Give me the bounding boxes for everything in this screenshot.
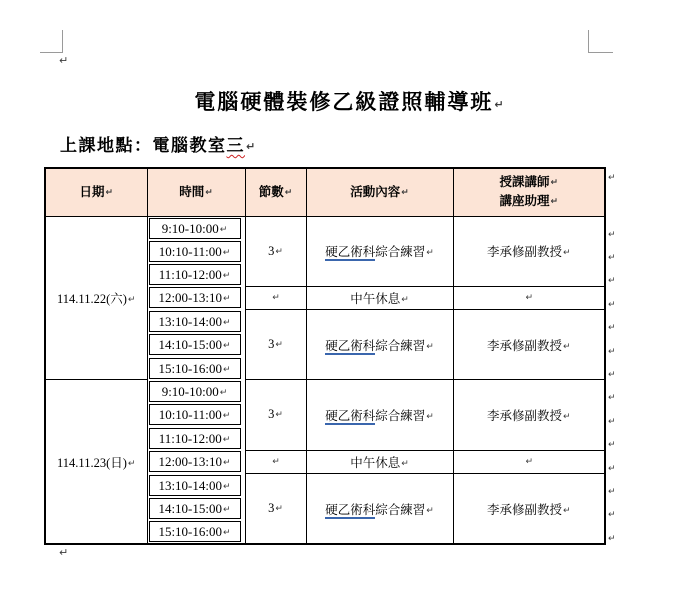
lunch-activity-cell: 中午休息↵: [306, 450, 453, 473]
instructor-text: 李承修副教授: [487, 339, 562, 353]
lunch-activity-cell: 中午休息↵: [306, 286, 453, 309]
time-text: 12:00-13:10: [158, 454, 222, 469]
row-end-marks-rail: ↵ ↵ ↵ ↵ ↵ ↵ ↵ ↵ ↵ ↵ ↵ ↵ ↵ ↵ ↵: [607, 167, 616, 550]
header-cell-instructor: 授課講師↵ 講座助理↵: [453, 168, 605, 216]
margin-corner-icon-top-left: [40, 30, 63, 53]
time-cell: 11:10-12:00↵: [147, 427, 245, 450]
header-activity-text: 活動內容: [350, 185, 400, 199]
periods-cell: 3↵: [245, 473, 306, 544]
location-line: 上課地點：電腦教室三↵: [60, 131, 257, 156]
pilcrow-mark: ↵: [223, 341, 231, 351]
time-cell: 11:10-12:00↵: [147, 263, 245, 286]
table-header-row: 日期↵ 時間↵ 節數↵ 活動內容↵ 授課講師↵ 講座助理↵: [45, 168, 605, 216]
date-text: 114.11.23(日): [57, 456, 127, 470]
pilcrow-mark: ↵: [275, 247, 283, 257]
time-cell: 15:10-16:00↵: [147, 356, 245, 379]
time-box: 12:00-13:10↵: [149, 287, 241, 308]
pilcrow-mark: ↵: [608, 300, 616, 310]
document-title-text: 電腦硬體裝修乙級證照輔導班: [194, 90, 493, 114]
instructor-cell: 李承修副教授↵: [453, 473, 605, 544]
document-page: ↵ 電腦硬體裝修乙級證照輔導班↵ 上課地點：電腦教室三↵ 日期↵ 時間↵ 節數↵…: [0, 0, 700, 613]
table-row: 114.11.23(日)↵ 9:10-10:00↵ 3↵ 硬乙術科綜合練習↵ 李…: [45, 380, 605, 403]
pilcrow-mark: ↵: [608, 393, 616, 403]
time-cell: 9:10-10:00↵: [147, 216, 245, 240]
time-cell: 12:00-13:10↵: [147, 450, 245, 473]
lunch-activity-text: 中午休息: [350, 292, 400, 306]
header-periods-text: 節數: [259, 185, 284, 199]
date-cell: 114.11.23(日)↵: [45, 380, 147, 544]
pilcrow-mark: ↵: [608, 230, 616, 240]
header-instructor-line2: 講座助理↵: [454, 192, 605, 211]
periods-cell: 3↵: [245, 380, 306, 450]
header-instructor-text1: 授課講師: [499, 175, 549, 189]
row-end-mark: ↵: [607, 363, 616, 386]
time-cell: 14:10-15:00↵: [147, 333, 245, 356]
pilcrow-mark: ↵: [223, 435, 231, 445]
pilcrow-mark: ↵: [223, 411, 231, 421]
row-end-mark: ↵: [607, 504, 616, 527]
schedule-table-wrapper: 日期↵ 時間↵ 節數↵ 活動內容↵ 授課講師↵ 講座助理↵ 114.11.22(…: [44, 167, 606, 545]
pilcrow-mark: ↵: [105, 188, 113, 198]
time-text: 10:10-11:00: [159, 407, 222, 422]
pilcrow-mark: ↵: [223, 365, 231, 375]
pilcrow-mark: ↵: [426, 248, 434, 258]
pilcrow-mark: ↵: [285, 188, 293, 198]
pilcrow-mark: ↵: [608, 347, 616, 357]
periods-text: 3: [268, 407, 274, 421]
pilcrow-mark: ↵: [608, 370, 616, 380]
pilcrow-mark: ↵: [275, 340, 283, 350]
time-text: 14:10-15:00: [158, 337, 222, 352]
time-box: 13:10-14:00↵: [149, 475, 241, 496]
activity-rest-text: 綜合練習: [375, 339, 425, 353]
periods-text: 3: [268, 501, 274, 515]
pilcrow-mark: ↵: [220, 225, 228, 235]
time-text: 13:10-14:00: [158, 314, 222, 329]
location-flagged-text: 三: [227, 136, 246, 155]
activity-rest-text: 綜合練習: [375, 245, 425, 259]
time-box: 10:10-11:00↵: [149, 404, 241, 425]
row-end-mark: ↵: [607, 293, 616, 316]
time-text: 14:10-15:00: [158, 501, 222, 516]
pilcrow-mark: ↵: [128, 459, 136, 469]
margin-corner-icon-top-right: [588, 30, 613, 53]
location-value: 電腦教室: [153, 136, 227, 155]
pilcrow-mark: ↵: [59, 546, 68, 559]
time-text: 11:10-12:00: [159, 431, 222, 446]
time-text: 12:00-13:10: [158, 290, 222, 305]
time-cell: 9:10-10:00↵: [147, 380, 245, 403]
pilcrow-mark: ↵: [608, 323, 616, 333]
time-box: 9:10-10:00↵: [149, 218, 241, 239]
time-cell: 12:00-13:10↵: [147, 286, 245, 309]
header-instructor-line1: 授課講師↵: [454, 173, 605, 192]
time-text: 15:10-16:00: [158, 524, 222, 539]
row-end-mark: ↵: [607, 410, 616, 433]
time-text: 9:10-10:00: [162, 221, 219, 236]
table-row: 114.11.22(六)↵ 9:10-10:00↵ 3↵ 硬乙術科綜合練習↵ 李…: [45, 216, 605, 240]
pilcrow-mark: ↵: [550, 178, 558, 188]
pilcrow-mark: ↵: [205, 188, 213, 198]
time-cell: 14:10-15:00↵: [147, 497, 245, 520]
pilcrow-mark: ↵: [59, 54, 68, 67]
time-cell: 13:10-14:00↵: [147, 310, 245, 333]
header-cell-activity: 活動內容↵: [306, 168, 453, 216]
pilcrow-mark: ↵: [220, 388, 228, 398]
pilcrow-mark: ↵: [401, 295, 409, 305]
activity-flagged-text: 硬乙術科: [325, 339, 375, 355]
time-box: 12:00-13:10↵: [149, 451, 241, 472]
pilcrow-mark: ↵: [608, 464, 616, 474]
header-cell-periods: 節數↵: [245, 168, 306, 216]
row-end-mark: ↵: [607, 387, 616, 410]
time-box: 14:10-15:00↵: [149, 334, 241, 355]
time-cell: 15:10-16:00↵: [147, 520, 245, 544]
periods-empty-cell: ↵: [245, 286, 306, 309]
time-cell: 10:10-11:00↵: [147, 403, 245, 426]
periods-empty-cell: ↵: [245, 450, 306, 473]
row-end-mark: ↵: [607, 340, 616, 363]
pilcrow-mark: ↵: [223, 248, 231, 258]
document-title: 電腦硬體裝修乙級證照輔導班↵: [0, 86, 700, 116]
activity-cell: 硬乙術科綜合練習↵: [306, 310, 453, 380]
instructor-empty-cell: ↵: [453, 286, 605, 309]
time-box: 11:10-12:00↵: [149, 264, 241, 285]
time-text: 10:10-11:00: [159, 244, 222, 259]
time-box: 13:10-14:00↵: [149, 311, 241, 332]
time-box: 11:10-12:00↵: [149, 428, 241, 449]
pilcrow-mark: ↵: [563, 506, 571, 516]
pilcrow-mark: ↵: [426, 412, 434, 422]
row-end-mark: ↵: [607, 270, 616, 293]
activity-rest-text: 綜合練習: [375, 409, 425, 423]
header-time-text: 時間: [179, 185, 204, 199]
pilcrow-mark: ↵: [550, 197, 558, 207]
date-text: 114.11.22(六): [57, 292, 127, 306]
pilcrow-mark: ↵: [272, 293, 280, 303]
instructor-text: 李承修副教授: [487, 503, 562, 517]
pilcrow-mark: ↵: [275, 410, 283, 420]
periods-text: 3: [268, 337, 274, 351]
pilcrow-mark: ↵: [608, 276, 616, 286]
time-text: 11:10-12:00: [159, 267, 222, 282]
pilcrow-mark: ↵: [275, 504, 283, 514]
activity-flagged-text: 硬乙術科: [325, 409, 375, 425]
pilcrow-mark: ↵: [608, 487, 616, 497]
row-end-mark: ↵: [607, 317, 616, 340]
instructor-text: 李承修副教授: [487, 245, 562, 259]
instructor-cell: 李承修副教授↵: [453, 310, 605, 380]
row-end-mark: ↵: [607, 167, 616, 223]
pilcrow-mark: ↵: [401, 188, 409, 198]
periods-cell: 3↵: [245, 216, 306, 286]
row-end-mark: ↵: [607, 246, 616, 269]
pilcrow-mark: ↵: [223, 528, 231, 538]
pilcrow-mark: ↵: [608, 534, 616, 544]
pilcrow-mark: ↵: [608, 253, 616, 263]
pilcrow-mark: ↵: [608, 417, 616, 427]
time-text: 13:10-14:00: [158, 478, 222, 493]
pilcrow-mark: ↵: [608, 510, 616, 520]
activity-cell: 硬乙術科綜合練習↵: [306, 380, 453, 450]
activity-cell: 硬乙術科綜合練習↵: [306, 216, 453, 286]
header-cell-time: 時間↵: [147, 168, 245, 216]
pilcrow-mark: ↵: [563, 342, 571, 352]
lunch-activity-text: 中午休息: [350, 456, 400, 470]
pilcrow-mark: ↵: [272, 457, 280, 467]
time-box: 9:10-10:00↵: [149, 381, 241, 402]
pilcrow-mark: ↵: [608, 440, 616, 450]
location-label: 上課地點：: [60, 136, 153, 155]
pilcrow-mark: ↵: [401, 459, 409, 469]
pilcrow-mark: ↵: [563, 248, 571, 258]
instructor-text: 李承修副教授: [487, 409, 562, 423]
time-box: 15:10-16:00↵: [149, 358, 241, 379]
instructor-cell: 李承修副教授↵: [453, 380, 605, 450]
time-box: 14:10-15:00↵: [149, 498, 241, 519]
pilcrow-mark: ↵: [426, 506, 434, 516]
row-end-mark: ↵: [607, 480, 616, 503]
time-box: 15:10-16:00↵: [149, 521, 241, 542]
pilcrow-mark: ↵: [223, 271, 231, 281]
pilcrow-mark: ↵: [246, 140, 257, 153]
activity-flagged-text: 硬乙術科: [325, 503, 375, 519]
time-cell: 13:10-14:00↵: [147, 473, 245, 496]
pilcrow-mark: ↵: [563, 412, 571, 422]
pilcrow-mark: ↵: [223, 458, 231, 468]
header-instructor-text2: 講座助理: [499, 194, 549, 208]
periods-text: 3: [268, 244, 274, 258]
pilcrow-mark: ↵: [223, 482, 231, 492]
header-cell-date: 日期↵: [45, 168, 147, 216]
row-end-mark: ↵: [607, 223, 616, 246]
periods-cell: 3↵: [245, 310, 306, 380]
pilcrow-mark: ↵: [608, 173, 616, 183]
pilcrow-mark: ↵: [223, 318, 231, 328]
instructor-cell: 李承修副教授↵: [453, 216, 605, 286]
instructor-empty-cell: ↵: [453, 450, 605, 473]
row-end-mark: ↵: [607, 457, 616, 480]
pilcrow-mark: ↵: [525, 457, 533, 467]
time-box: 10:10-11:00↵: [149, 241, 241, 262]
row-end-mark: ↵: [607, 527, 616, 550]
time-text: 9:10-10:00: [162, 384, 219, 399]
pilcrow-mark: ↵: [525, 293, 533, 303]
row-end-mark: ↵: [607, 434, 616, 457]
date-cell: 114.11.22(六)↵: [45, 216, 147, 380]
pilcrow-mark: ↵: [223, 505, 231, 515]
pilcrow-mark: ↵: [223, 294, 231, 304]
pilcrow-mark: ↵: [494, 98, 505, 111]
activity-flagged-text: 硬乙術科: [325, 245, 375, 261]
pilcrow-mark: ↵: [426, 342, 434, 352]
time-text: 15:10-16:00: [158, 361, 222, 376]
header-date-text: 日期: [79, 185, 104, 199]
activity-rest-text: 綜合練習: [375, 503, 425, 517]
pilcrow-mark: ↵: [128, 295, 136, 305]
schedule-table: 日期↵ 時間↵ 節數↵ 活動內容↵ 授課講師↵ 講座助理↵ 114.11.22(…: [44, 167, 606, 545]
activity-cell: 硬乙術科綜合練習↵: [306, 473, 453, 544]
time-cell: 10:10-11:00↵: [147, 240, 245, 263]
